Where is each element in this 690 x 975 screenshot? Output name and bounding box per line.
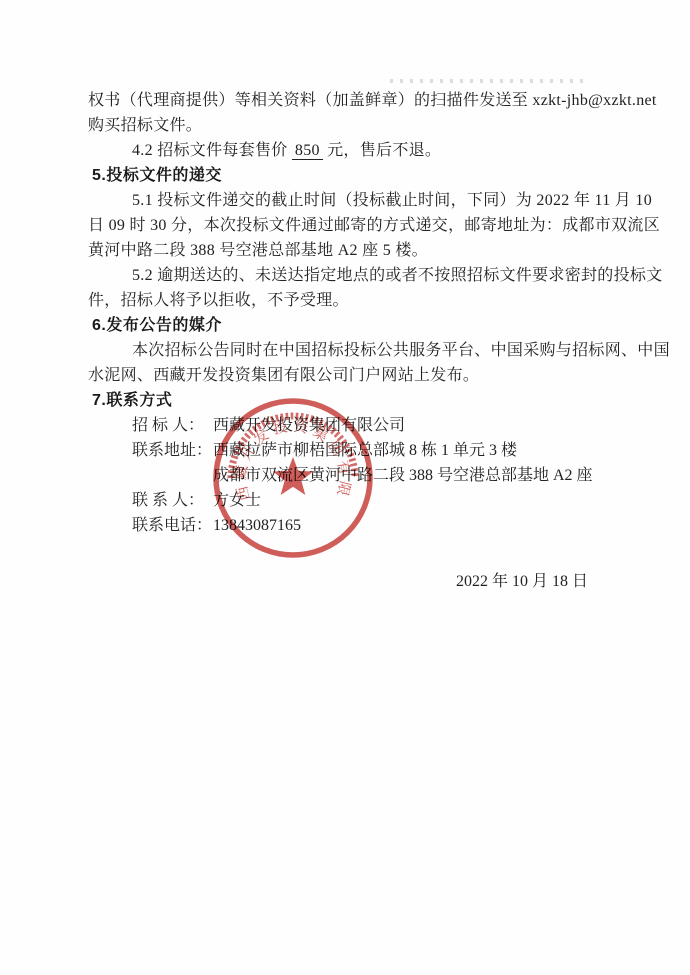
contact-label: 联 系 人： (132, 488, 213, 513)
contact-row-person: 联 系 人： 方女士 (88, 488, 605, 513)
section-7-heading: 7.联系方式 (92, 388, 605, 413)
body-line: 5.1 投标文件递交的截止时间（投标截止时间，下同）为 2022 年 11 月 … (88, 188, 605, 213)
contact-row-address-line2: 成都市双流区黄河中路二段 388 号空港总部基地 A2 座 (88, 463, 605, 488)
section-5-heading: 5.投标文件的递交 (92, 163, 605, 188)
document-date: 2022 年 10 月 18 日 (88, 569, 605, 594)
price-value: 850 (292, 142, 323, 160)
body-line: 件，招标人将予以拒收，不予受理。 (88, 288, 605, 313)
clause-4-2-prefix: 4.2 招标文件每套售价 (132, 142, 292, 159)
clause-4-2-price-line: 4.2 招标文件每套售价 850 元，售后不退。 (88, 138, 605, 163)
contact-label: 联系电话： (132, 513, 213, 538)
contact-label: 联系地址： (132, 438, 213, 463)
clause-4-2-suffix: 元，售后不退。 (323, 142, 441, 159)
document-page: 权书（代理商提供）等相关资料（加盖鲜章）的扫描件发送至 xzkt-jhb@xzk… (0, 0, 690, 975)
contact-label: 招 标 人： (132, 413, 213, 438)
body-line: 日 09 时 30 分，本次投标文件通过邮寄的方式递交，邮寄地址为：成都市双流区 (88, 213, 605, 238)
contact-row-tenderer: 招 标 人： 西藏开发投资集团有限公司 (88, 413, 605, 438)
clipped-text-artifact (390, 79, 590, 83)
body-line: 5.2 逾期送达的、未送达指定地点的或者不按照招标文件要求密封的投标文 (88, 263, 605, 288)
contact-value: 西藏拉萨市柳梧国际总部城 8 栋 1 单元 3 楼 (213, 438, 517, 463)
body-line: 黄河中路二段 388 号空港总部基地 A2 座 5 楼。 (88, 238, 605, 263)
contact-row-address: 联系地址： 西藏拉萨市柳梧国际总部城 8 栋 1 单元 3 楼 (88, 438, 605, 463)
section-6-heading: 6.发布公告的媒介 (92, 313, 605, 338)
contact-value: 13843087165 (213, 513, 301, 538)
body-line: 购买招标文件。 (88, 113, 605, 138)
body-line: 本次招标公告同时在中国招标投标公共服务平台、中国采购与招标网、中国 (88, 338, 605, 363)
document-body: 权书（代理商提供）等相关资料（加盖鲜章）的扫描件发送至 xzkt-jhb@xzk… (88, 88, 605, 594)
contact-label-spacer (132, 463, 213, 488)
contact-row-phone: 联系电话： 13843087165 (88, 513, 605, 538)
contact-value: 方女士 (213, 488, 261, 513)
body-line: 权书（代理商提供）等相关资料（加盖鲜章）的扫描件发送至 xzkt-jhb@xzk… (88, 88, 605, 113)
body-line: 水泥网、西藏开发投资集团有限公司门户网站上发布。 (88, 363, 605, 388)
contact-value: 西藏开发投资集团有限公司 (213, 413, 405, 438)
contact-value: 成都市双流区黄河中路二段 388 号空港总部基地 A2 座 (213, 463, 593, 488)
